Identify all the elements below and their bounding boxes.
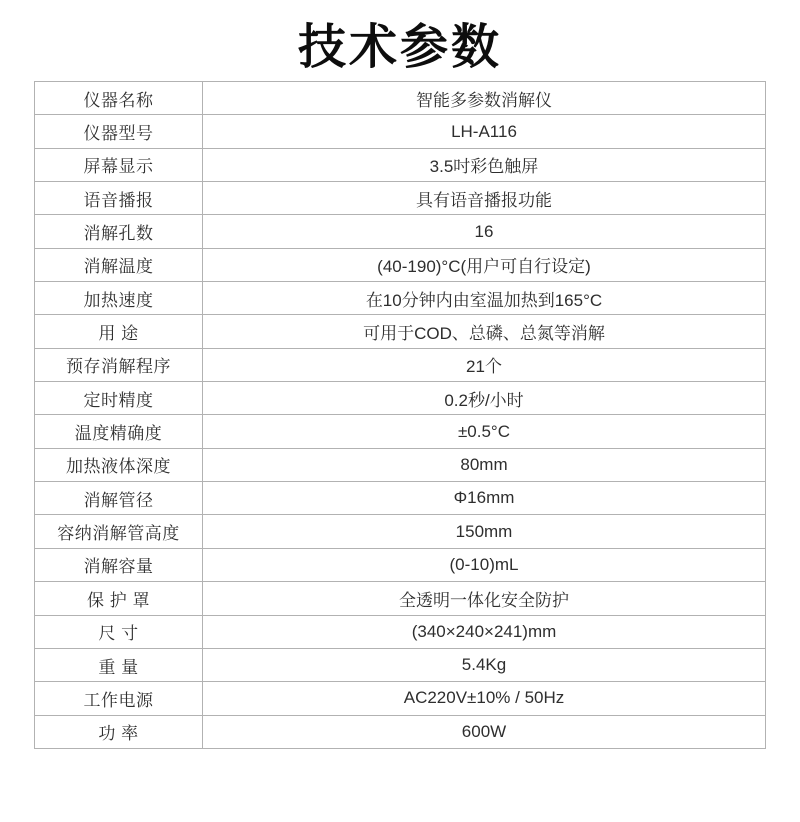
spec-value: 5.4Kg [203,648,766,681]
spec-value: (340×240×241)mm [203,615,766,648]
spec-label: 仪器名称 [35,82,203,115]
table-row: 容纳消解管高度150mm [35,515,766,548]
spec-label: 消解容量 [35,548,203,581]
spec-label: 消解温度 [35,248,203,281]
spec-label: 加热速度 [35,282,203,315]
spec-label: 保 护 罩 [35,582,203,615]
spec-label: 预存消解程序 [35,348,203,381]
spec-value: 150mm [203,515,766,548]
spec-label: 重 量 [35,648,203,681]
table-row: 定时精度0.2秒/小时 [35,382,766,415]
spec-label: 消解孔数 [35,215,203,248]
spec-value: 16 [203,215,766,248]
spec-value: 智能多参数消解仪 [203,82,766,115]
spec-value: 在10分钟内由室温加热到165°C [203,282,766,315]
spec-label: 功 率 [35,715,203,748]
spec-label: 工作电源 [35,682,203,715]
spec-value: (40-190)°C(用户可自行设定) [203,248,766,281]
table-row: 语音播报具有语音播报功能 [35,182,766,215]
table-row: 消解容量(0-10)mL [35,548,766,581]
spec-value: 600W [203,715,766,748]
spec-sheet-page: 技术参数 仪器名称智能多参数消解仪仪器型号LH-A116屏幕显示3.5吋彩色触屏… [0,0,800,822]
table-row: 消解管径Φ16mm [35,482,766,515]
table-row: 重 量5.4Kg [35,648,766,681]
table-row: 加热速度在10分钟内由室温加热到165°C [35,282,766,315]
spec-value: Φ16mm [203,482,766,515]
spec-value: ±0.5°C [203,415,766,448]
spec-value: 具有语音播报功能 [203,182,766,215]
table-row: 屏幕显示3.5吋彩色触屏 [35,148,766,181]
spec-label: 尺 寸 [35,615,203,648]
spec-value: 21个 [203,348,766,381]
spec-table-body: 仪器名称智能多参数消解仪仪器型号LH-A116屏幕显示3.5吋彩色触屏语音播报具… [35,82,766,749]
spec-value: 全透明一体化安全防护 [203,582,766,615]
table-row: 消解孔数16 [35,215,766,248]
table-row: 预存消解程序21个 [35,348,766,381]
table-row: 用 途可用于COD、总磷、总氮等消解 [35,315,766,348]
table-row: 工作电源AC220V±10% / 50Hz [35,682,766,715]
spec-value: AC220V±10% / 50Hz [203,682,766,715]
spec-label: 用 途 [35,315,203,348]
spec-value: 0.2秒/小时 [203,382,766,415]
spec-value: (0-10)mL [203,548,766,581]
page-title: 技术参数 [0,0,800,81]
table-row: 温度精确度±0.5°C [35,415,766,448]
table-row: 尺 寸(340×240×241)mm [35,615,766,648]
spec-label: 加热液体深度 [35,448,203,481]
spec-value: 3.5吋彩色触屏 [203,148,766,181]
spec-value: LH-A116 [203,115,766,148]
spec-label: 容纳消解管高度 [35,515,203,548]
spec-label: 仪器型号 [35,115,203,148]
spec-label: 屏幕显示 [35,148,203,181]
table-row: 消解温度(40-190)°C(用户可自行设定) [35,248,766,281]
spec-value: 可用于COD、总磷、总氮等消解 [203,315,766,348]
table-row: 加热液体深度80mm [35,448,766,481]
spec-value: 80mm [203,448,766,481]
spec-label: 定时精度 [35,382,203,415]
spec-label: 消解管径 [35,482,203,515]
table-row: 保 护 罩全透明一体化安全防护 [35,582,766,615]
spec-label: 温度精确度 [35,415,203,448]
table-row: 仪器名称智能多参数消解仪 [35,82,766,115]
table-row: 仪器型号LH-A116 [35,115,766,148]
spec-table: 仪器名称智能多参数消解仪仪器型号LH-A116屏幕显示3.5吋彩色触屏语音播报具… [34,81,766,749]
table-row: 功 率600W [35,715,766,748]
spec-label: 语音播报 [35,182,203,215]
